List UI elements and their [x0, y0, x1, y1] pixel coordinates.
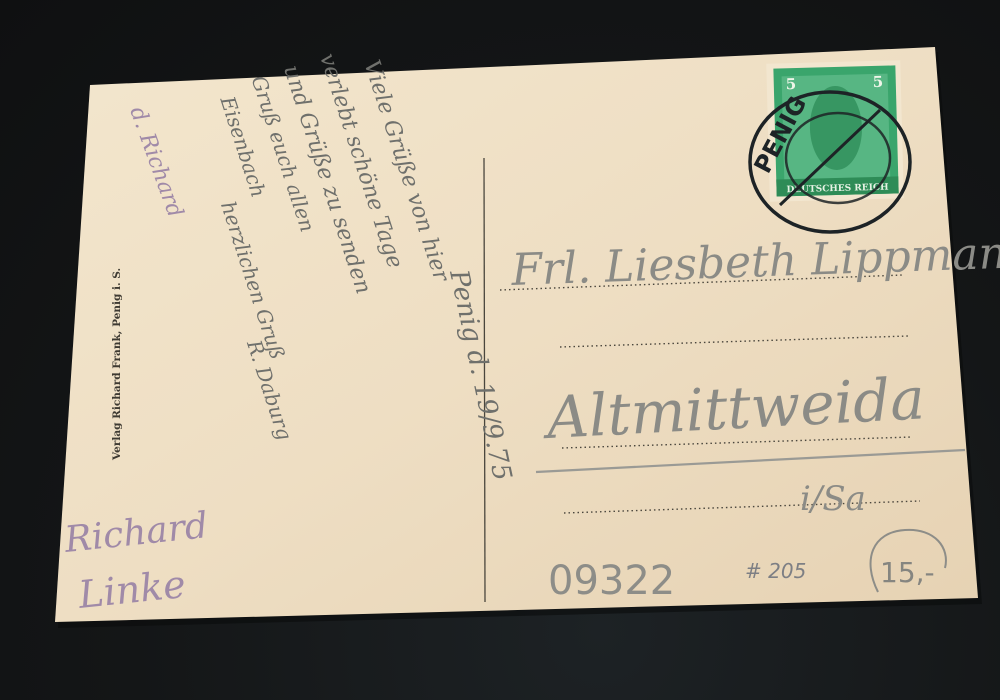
catalog-number: 09322 [548, 558, 675, 604]
item-number: # 205 [745, 559, 806, 583]
postcard-scene: 5 5 DEUTSCHES REICH PENIG Verlag Richard… [0, 0, 1000, 700]
address-region: i/Sa [800, 479, 866, 519]
publisher-imprint: Verlag Richard Frank, Penig i. S. [111, 268, 123, 461]
price-value: 15,- [880, 556, 935, 589]
stamp-value-left: 5 [786, 75, 797, 93]
stamp-value-right: 5 [873, 73, 884, 91]
